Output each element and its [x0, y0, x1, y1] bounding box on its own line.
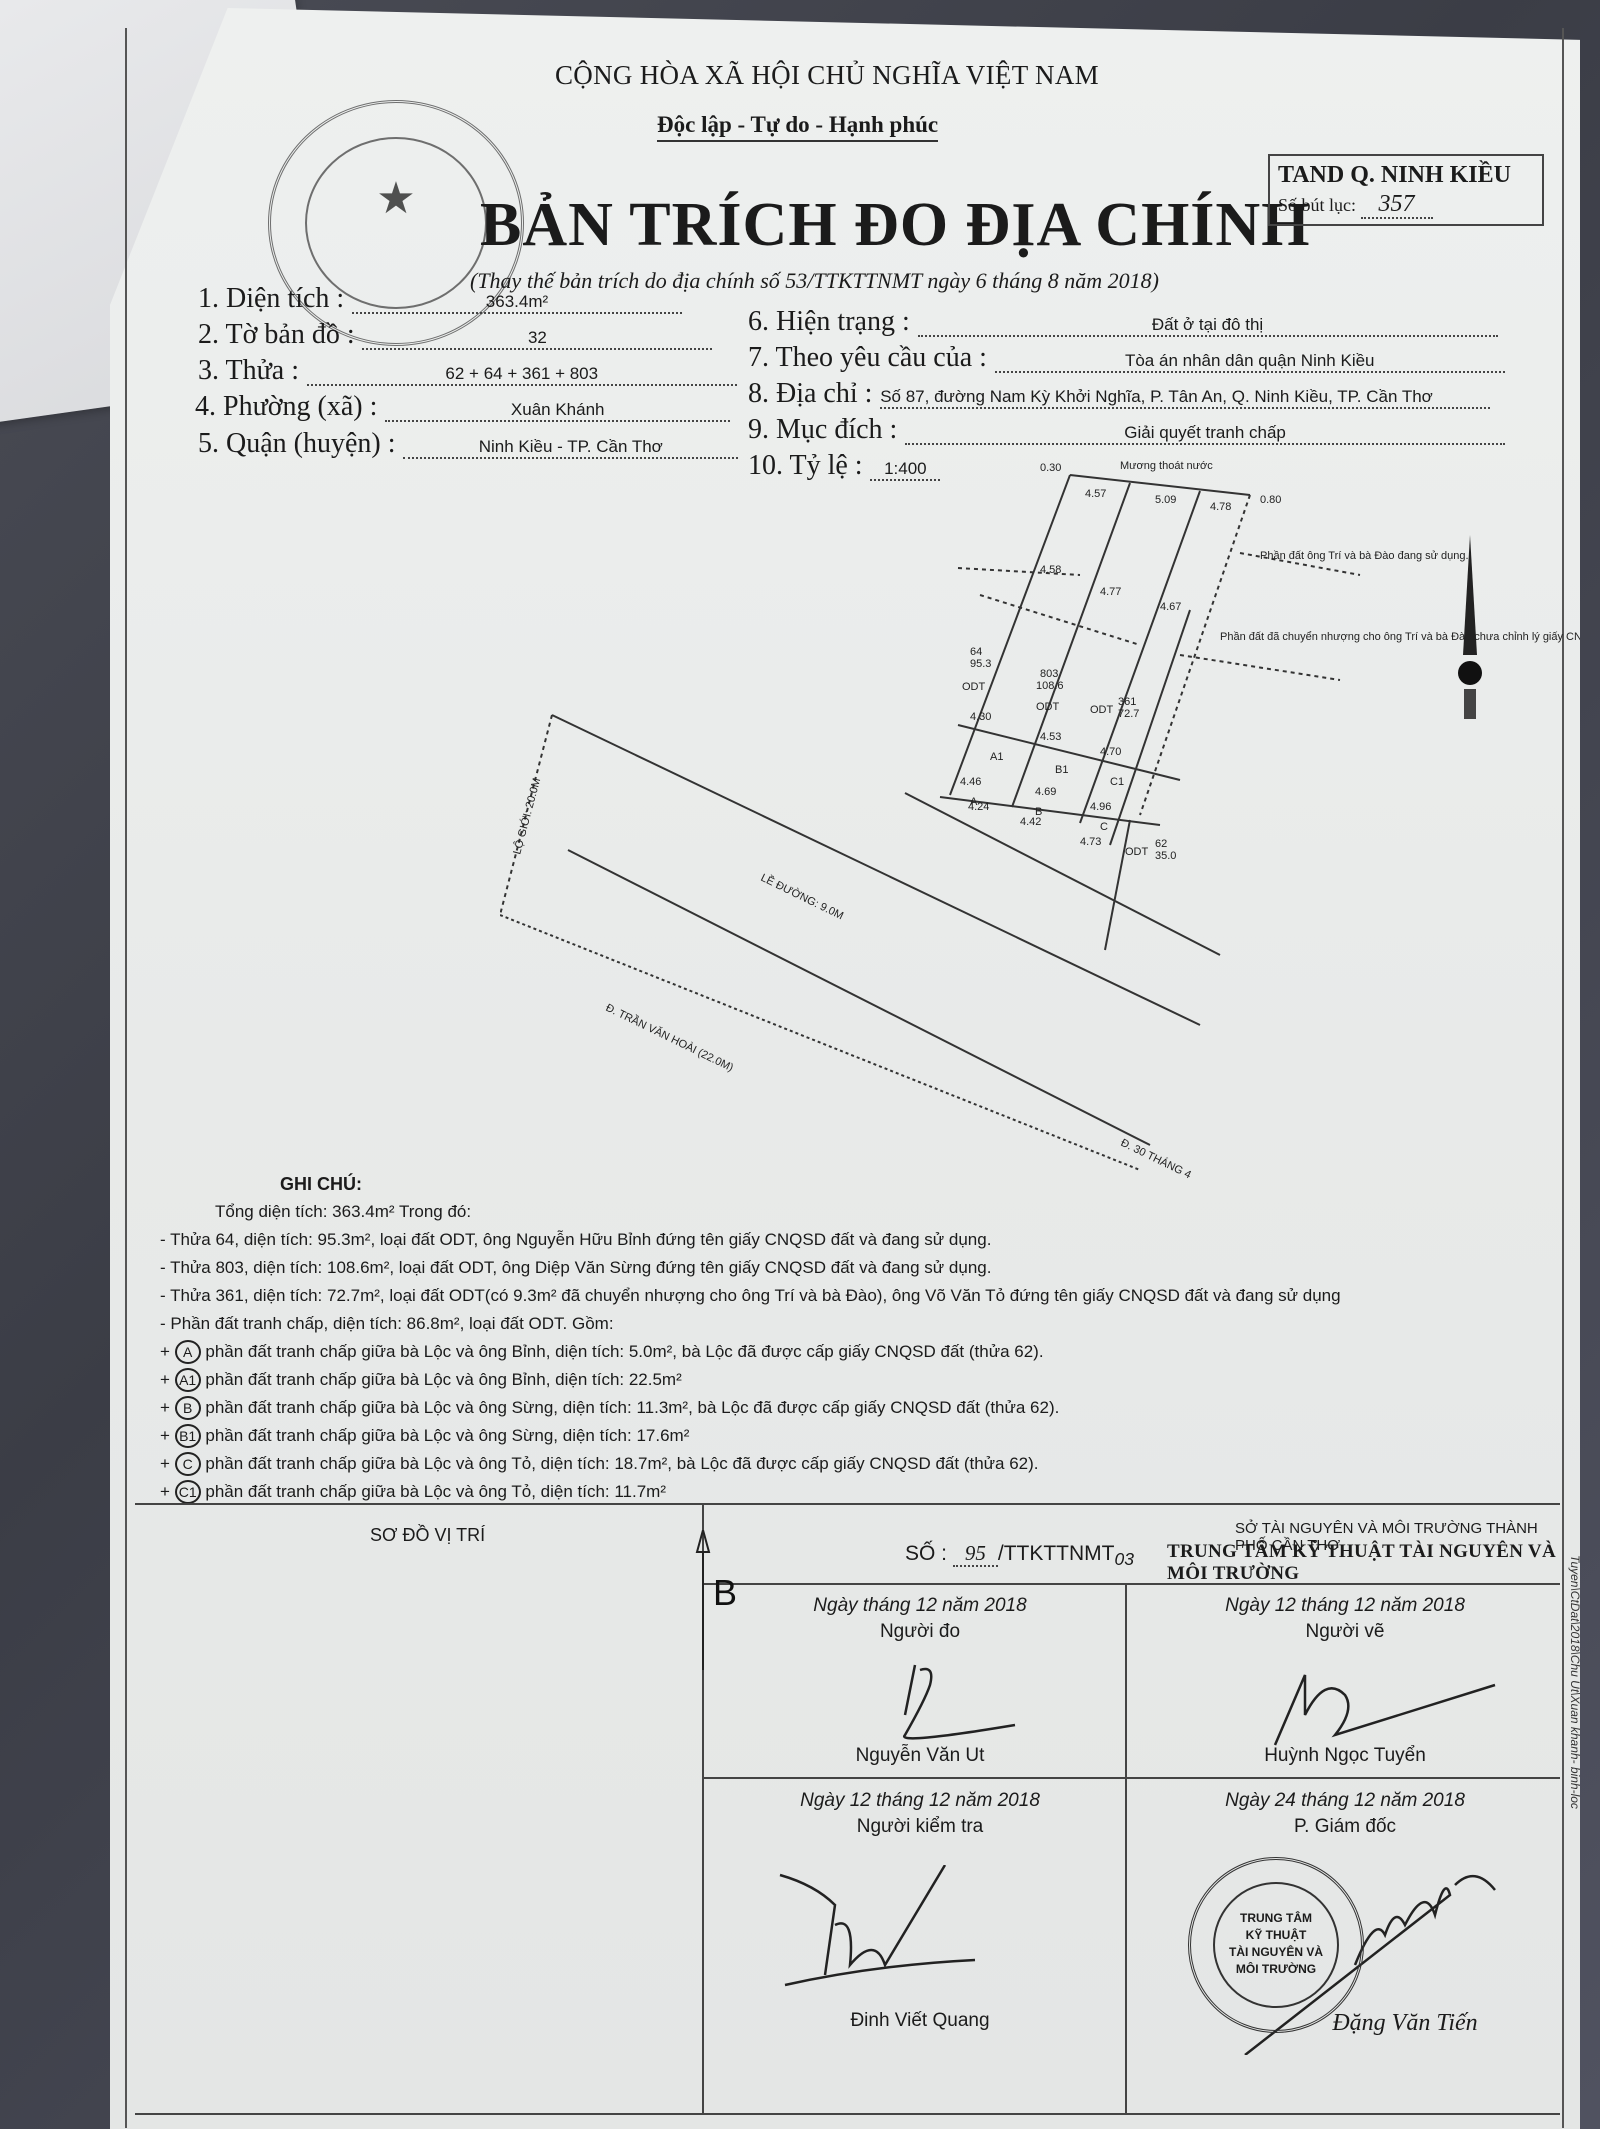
field-value: Giải quyết tranh chấp	[905, 423, 1505, 445]
map-dim: 4.46	[960, 776, 981, 788]
signature-measurer	[865, 1645, 1065, 1755]
signer-drafter: Ngày 12 tháng 12 năm 2018 Người vẽ Huỳnh…	[1135, 1595, 1555, 1643]
zone-note: + B1 phần đất tranh chấp giữa bà Lộc và …	[160, 1422, 1341, 1450]
zone-tag: A1	[175, 1368, 201, 1392]
field-label: 6. Hiện trạng :	[748, 306, 910, 337]
court-file-value: 357	[1361, 191, 1433, 219]
zone-a1: A1	[990, 751, 1003, 763]
stamp-line: TÀI NGUYÊN VÀ	[1215, 1944, 1337, 1961]
parcel-803-id: 803	[1040, 668, 1058, 680]
court-box: TAND Q. NINH KIỀU Số bút lục: 357	[1268, 154, 1544, 226]
location-diagram-title: SƠ ĐỒ VỊ TRÍ	[370, 1525, 485, 1546]
parcel-361-area: 72.7	[1118, 708, 1139, 720]
field-label: 3. Thửa :	[198, 355, 299, 386]
zone-text: phần đất tranh chấp giữa bà Lộc và ông B…	[205, 1370, 681, 1389]
sign-date: Ngày tháng 12 năm 2018	[710, 1595, 1130, 1617]
field-requester: 7. Theo yêu cầu của : Tòa án nhân dân qu…	[748, 341, 1505, 374]
sign-role: Người kiểm tra	[710, 1816, 1130, 1838]
field-area: 1. Diện tích : 363.4m²	[198, 282, 682, 315]
map-dim: 4.96	[1090, 801, 1111, 813]
map-dim: 4.77	[1100, 586, 1121, 598]
parcel-64-id: 64	[970, 646, 982, 658]
zone-tag: C	[175, 1452, 201, 1476]
zone-c: C	[1100, 821, 1108, 833]
map-dim: 4.78	[1210, 501, 1231, 513]
map-offset-right: 0.80	[1260, 494, 1281, 506]
map-setback-label: LỘ GIỚI: 20.0M	[510, 777, 543, 856]
field-value: Số 87, đường Nam Kỳ Khởi Nghĩa, P. Tân A…	[880, 387, 1490, 409]
zone-a: A	[970, 796, 978, 808]
field-status: 6. Hiện trạng : Đất ở tại đô thị	[748, 305, 1498, 338]
zone-text: phần đất tranh chấp giữa bà Lộc và ông T…	[205, 1454, 1038, 1473]
sign-date: Ngày 24 tháng 12 năm 2018	[1135, 1790, 1555, 1812]
field-value: Đất ở tại đô thị	[918, 315, 1498, 337]
map-sidewalk-label: LỀ ĐƯỜNG: 9.0M	[759, 871, 846, 922]
field-address: 8. Địa chỉ : Số 87, đường Nam Kỳ Khởi Ng…	[748, 377, 1490, 410]
parcel-64-area: 95.3	[970, 658, 991, 670]
center-name: TRUNG TÂM KỸ THUẬT TÀI NGUYÊN VÀ MÔI TRƯ…	[1167, 1541, 1560, 1585]
doc-number-label: SỐ :	[905, 1542, 947, 1565]
map-dim: 4.67	[1160, 601, 1181, 613]
map-canal-label: Mương thoát nước	[1120, 460, 1213, 472]
sign-name: Đinh Viết Quang	[710, 2010, 1130, 2032]
zone-c1: C1	[1110, 776, 1124, 788]
sign-role: P. Giám đốc	[1135, 1816, 1555, 1838]
zone-text: phần đất tranh chấp giữa bà Lộc và ông S…	[205, 1426, 689, 1445]
motto: Độc lập - Tự do - Hạnh phúc	[657, 112, 938, 142]
file-path: Tuyen\CtDat\2018\Chu Ut\Xuan khanh- binh…	[1568, 1555, 1582, 1809]
center-stamp: TRUNG TÂM KỸ THUẬT TÀI NGUYÊN VÀ MÔI TRƯ…	[1188, 1857, 1364, 2033]
zone-b: B	[1035, 806, 1042, 818]
zone-text: phần đất tranh chấp giữa bà Lộc và ông B…	[205, 1342, 1043, 1361]
zone-text: phần đất tranh chấp giữa bà Lộc và ông S…	[205, 1398, 1059, 1417]
parcel-64-type: ODT	[962, 681, 986, 693]
sign-role: Người đo	[710, 1621, 1130, 1643]
field-purpose: 9. Mục đích : Giải quyết tranh chấp	[748, 413, 1505, 446]
zone-note: + C1 phần đất tranh chấp giữa bà Lộc và …	[160, 1478, 1341, 1506]
map-annotation-2: Phần đất đã chuyển nhượng cho ông Trí và…	[1220, 631, 1580, 643]
sign-date: Ngày 12 tháng 12 năm 2018	[1135, 1595, 1555, 1617]
note-line: - Thửa 803, diện tích: 108.6m², loại đất…	[160, 1254, 1341, 1282]
doc-number-sub: 03	[1115, 1549, 1134, 1569]
signature-inspector	[775, 1865, 1035, 1995]
sign-role: Người vẽ	[1135, 1621, 1555, 1643]
court-file-label: Số bút lục:	[1278, 195, 1356, 215]
stamp-line: MÔI TRƯỜNG	[1215, 1961, 1337, 1978]
field-label: 8. Địa chỉ :	[748, 378, 872, 409]
zone-tag: B1	[175, 1424, 201, 1448]
field-label: 7. Theo yêu cầu của :	[748, 342, 987, 373]
nation-heading: CỘNG HÒA XÃ HỘI CHỦ NGHĨA VIỆT NAM	[555, 60, 1099, 91]
map-dim: 4.70	[1100, 746, 1121, 758]
divider	[702, 1777, 1560, 1779]
field-value: 62 + 64 + 361 + 803	[307, 364, 737, 386]
field-label: 1. Diện tích :	[198, 283, 344, 314]
cadastral-map: 0.30 Mương thoát nước 0.80 4.57 5.09 4.7…	[500, 455, 1580, 1195]
field-ward: 4. Phường (xã) : Xuân Khánh	[195, 390, 730, 423]
zone-tag: C1	[175, 1480, 201, 1504]
zone-b1: B1	[1055, 764, 1068, 776]
doc-number-value: 95	[953, 1541, 998, 1567]
field-label: 5. Quận (huyện) :	[198, 428, 396, 459]
field-map-sheet: 2. Tờ bản đồ : 32	[198, 318, 712, 351]
zone-note: + C phần đất tranh chấp giữa bà Lộc và ô…	[160, 1450, 1341, 1478]
zone-text: phần đất tranh chấp giữa bà Lộc và ông T…	[205, 1482, 666, 1501]
north-arrow-icon	[1458, 535, 1482, 719]
note-line: - Thửa 64, diện tích: 95.3m², loại đất O…	[160, 1226, 1341, 1254]
signer-inspector: Ngày 12 tháng 12 năm 2018 Người kiểm tra…	[710, 1790, 1130, 1838]
parcel-62-id: 62	[1155, 838, 1167, 850]
signature-grid: SƠ ĐỒ VỊ TRÍ B SỐ : 95/TTKTTNMT03 SỞ TÀI…	[135, 1503, 1560, 2115]
notes-section: GHI CHÚ: Tổng diện tích: 363.4m² Trong đ…	[160, 1170, 1341, 1506]
field-label: 9. Mục đích :	[748, 414, 897, 445]
field-label: 4. Phường (xã) :	[195, 391, 377, 422]
notes-heading: GHI CHÚ:	[280, 1170, 1341, 1198]
map-annotation-1: Phần đất ông Trí và bà Đào đang sử dụng.	[1260, 550, 1469, 562]
stamp-line: TRUNG TÂM	[1215, 1910, 1337, 1927]
parcel-361-id: 361	[1118, 696, 1136, 708]
note-line: - Phần đất tranh chấp, diện tích: 86.8m²…	[160, 1310, 1341, 1338]
field-label: 2. Tờ bản đồ :	[198, 319, 355, 350]
field-value: 32	[362, 328, 712, 350]
parcel-361-type: ODT	[1090, 704, 1114, 716]
signature-drafter	[1265, 1655, 1525, 1755]
parcel-803-type: ODT	[1036, 701, 1060, 713]
map-dim: 4.30	[970, 711, 991, 723]
parcel-62-area: 35.0	[1155, 850, 1176, 862]
map-dim: 4.58	[1040, 564, 1061, 576]
map-dim: 4.69	[1035, 786, 1056, 798]
stamp-line: KỸ THUẬT	[1215, 1927, 1337, 1944]
field-parcel: 3. Thửa : 62 + 64 + 361 + 803	[198, 354, 737, 387]
field-value: 363.4m²	[352, 292, 682, 314]
signer-director: Ngày 24 tháng 12 năm 2018 P. Giám đốc Đặ…	[1135, 1790, 1555, 1838]
zone-note: + B phần đất tranh chấp giữa bà Lộc và ô…	[160, 1394, 1341, 1422]
doc-number-suffix: /TTKTTNMT	[998, 1542, 1115, 1565]
page-title: BẢN TRÍCH ĐO ĐỊA CHÍNH	[480, 190, 1310, 261]
map-dim: 4.73	[1080, 836, 1101, 848]
court-file-number: Số bút lục: 357	[1278, 191, 1534, 218]
parcel-62-type: ODT	[1125, 846, 1149, 858]
field-value: Tòa án nhân dân quận Ninh Kiều	[995, 351, 1505, 373]
divider	[1125, 1583, 1127, 2113]
court-name: TAND Q. NINH KIỀU	[1278, 162, 1534, 189]
document-number: SỐ : 95/TTKTTNMT03	[905, 1541, 1134, 1570]
field-value: Xuân Khánh	[385, 400, 730, 422]
map-road-main-label: Đ. TRẦN VĂN HOÀI (22.0M)	[604, 1001, 736, 1074]
parcel-803-area: 108.6	[1036, 680, 1064, 692]
map-dim: 5.09	[1155, 494, 1176, 506]
map-offset-left: 0.30	[1040, 462, 1061, 474]
notes-total: Tổng diện tích: 363.4m² Trong đó:	[215, 1198, 1341, 1226]
zone-tag: B	[175, 1396, 201, 1420]
zone-note: + A phần đất tranh chấp giữa bà Lộc và ô…	[160, 1338, 1341, 1366]
zone-note: + A1 phần đất tranh chấp giữa bà Lộc và …	[160, 1366, 1341, 1394]
note-line: - Thửa 361, diện tích: 72.7m², loại đất …	[160, 1282, 1341, 1310]
map-dim: 4.57	[1085, 488, 1106, 500]
signer-measurer: Ngày tháng 12 năm 2018 Người đo Nguyễn V…	[710, 1595, 1130, 1643]
sign-date: Ngày 12 tháng 12 năm 2018	[710, 1790, 1130, 1812]
zone-tag: A	[175, 1340, 201, 1364]
map-dim: 4.53	[1040, 731, 1061, 743]
stamp-inner: TRUNG TÂM KỸ THUẬT TÀI NGUYÊN VÀ MÔI TRƯ…	[1213, 1882, 1339, 2008]
